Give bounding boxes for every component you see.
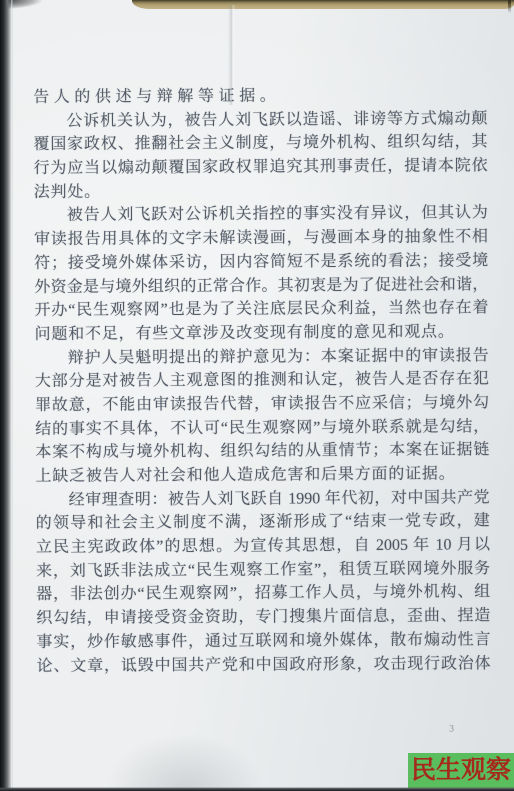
text-line: 事实，炒作敏感事件，通过互联网和境外媒体，散布煽动性言 — [36, 628, 490, 654]
text-line: 罪故意，不能由审读报告代替，审读报告不应采信；与境外勾 — [35, 391, 489, 417]
text-line: 结的事实不具体，不认可“民生观察网”与境外联系就是勾结， — [35, 415, 489, 441]
text-line: 来，刘飞跃非法成立“民生观察工作室”，租赁互联网境外服务 — [36, 557, 490, 583]
paper-left-edge-highlight — [11, 0, 13, 791]
text-line: 符；接受境外媒体采访，因内容简短不是系统的看法；接受境 — [34, 249, 488, 275]
text-line: 织勾结，申请接受资金资助，专门搜集片面信息，歪曲、捏造 — [36, 604, 490, 630]
text-line: 立民主宪政政体”的思想。为宣传其思想，自 2005 年 10 月以 — [36, 533, 490, 559]
text-line: 论、文章，诋毁中国共产党和中国政府形象，攻击现行政治体 — [37, 652, 491, 678]
text-line: 的领导和社会主义制度不满，逐渐形成了“结束一党专政，建 — [36, 510, 490, 536]
text-line: 公诉机关认为，被告人刘飞跃以造谣、诽谤等方式煽动颠 — [33, 107, 487, 133]
text-line: 上缺乏被告人对社会和他人造成危害和后果方面的证据。 — [35, 462, 489, 488]
text-line: 告人的供述与辩解等证据。 — [33, 83, 487, 109]
photo-bottom-edge — [0, 787, 514, 791]
text-line: 辩护人吴魁明提出的辩护意见为：本案证据中的审读报告 — [35, 344, 489, 370]
watermark-label: 民生观察 — [408, 753, 514, 788]
text-line: 审读报告用具体的文字未解读漫画，与漫画本身的抽象性不相 — [34, 225, 488, 251]
page-number: 3 — [449, 722, 454, 736]
text-line: 大部分是对被告人主观意图的推测和认定，被告人是否存在犯 — [35, 368, 489, 394]
text-line: 行为应当以煽动颠覆国家政权罪追究其刑事责任，提请本院依 — [34, 154, 488, 180]
text-line: 器，非法创办“民生观察网”，招募工作人员，与境外机构、组 — [36, 581, 490, 607]
text-line: 被告人刘飞跃对公诉机关指控的事实没有异议，但其认为 — [34, 202, 488, 228]
text-line: 本案不构成与境外机构、组织勾结的从重情节；本案在证据链 — [35, 439, 489, 465]
text-line: 问题和不足，有些文章涉及改变现有制度的意见和观点。 — [35, 320, 489, 346]
text-line: 外资金是与境外组织的正常合作。其初衷是为了促进社会和谐， — [34, 273, 488, 299]
document-photo: 告人的供述与辩解等证据。公诉机关认为，被告人刘飞跃以造谣、诽谤等方式煽动颠覆国家… — [0, 0, 514, 791]
document-page: 告人的供述与辩解等证据。公诉机关认为，被告人刘飞跃以造谣、诽谤等方式煽动颠覆国家… — [0, 0, 514, 791]
text-line: 开办“民生观察网”也是为了关注底层民众利益，当然也存在着 — [34, 296, 488, 322]
text-line: 经审理查明：被告人刘飞跃自 1990 年代初，对中国共产党 — [36, 486, 490, 512]
text-line: 覆国家政权、推翻社会主义制度，与境外机构、组织勾结，其 — [33, 131, 487, 157]
document-text-block: 告人的供述与辩解等证据。公诉机关认为，被告人刘飞跃以造谣、诽谤等方式煽动颠覆国家… — [33, 83, 491, 678]
text-line: 法判处。 — [34, 178, 488, 204]
